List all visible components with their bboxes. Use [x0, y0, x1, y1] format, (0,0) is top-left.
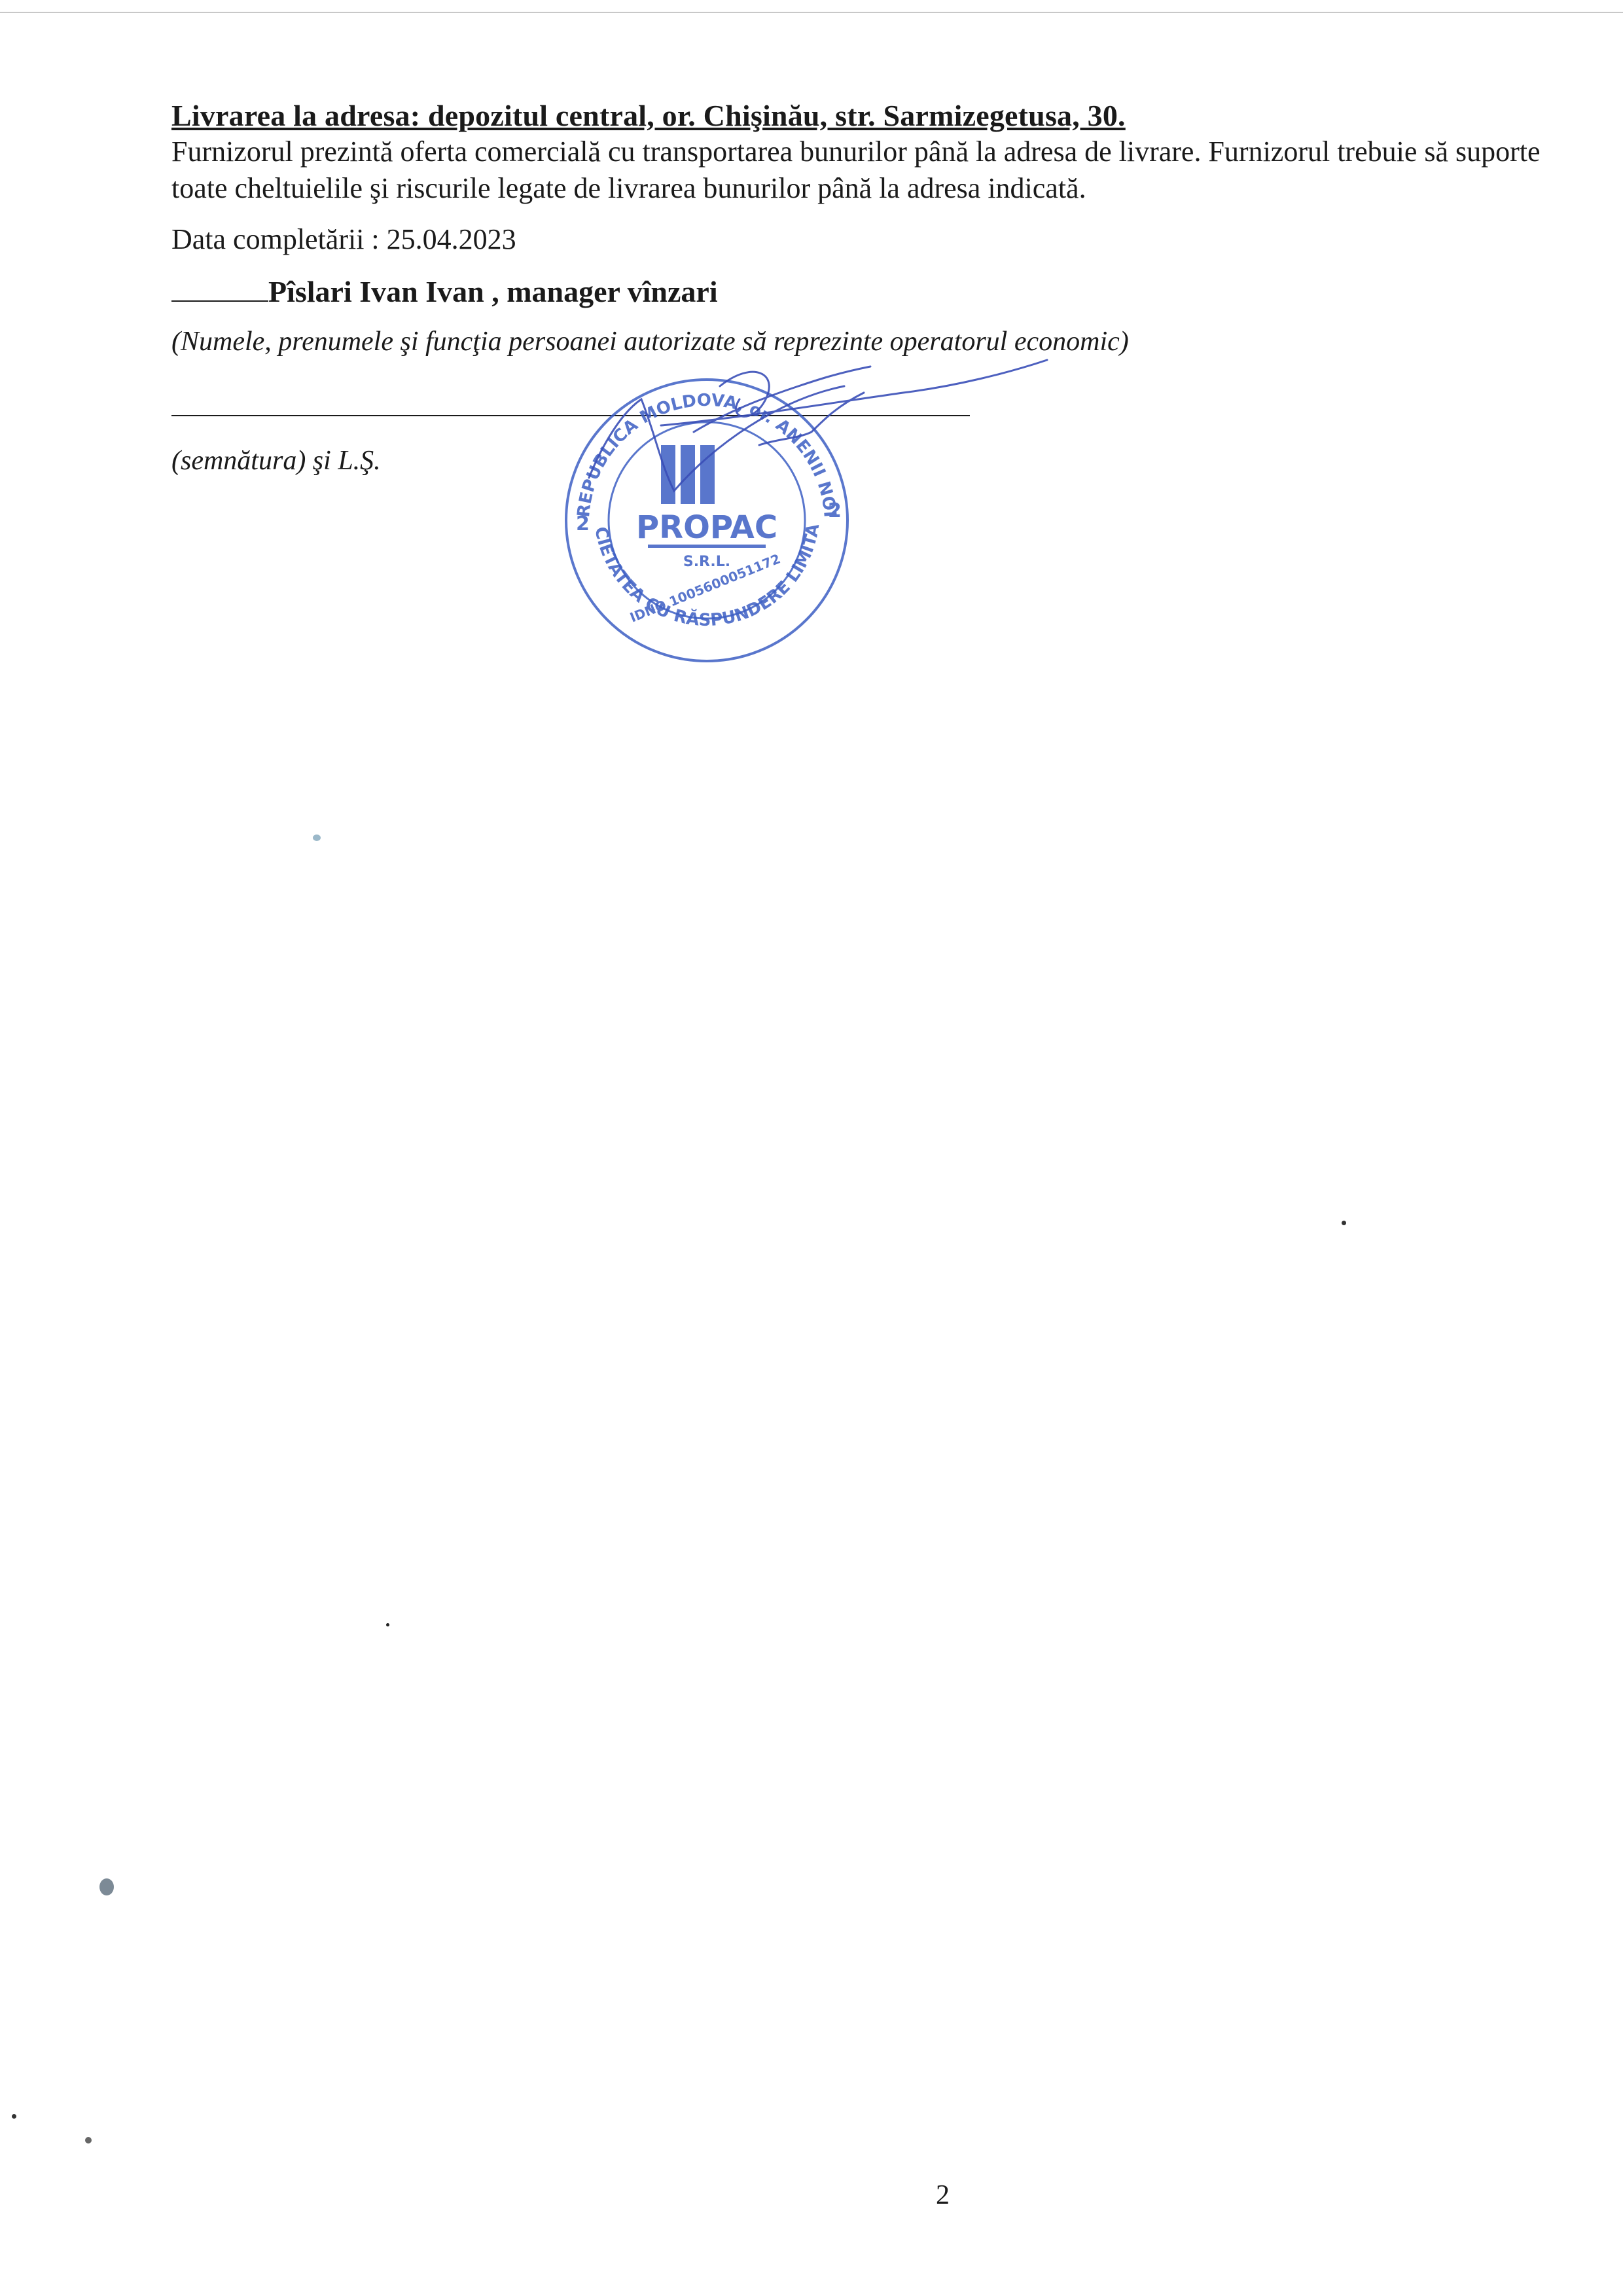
scan-top-edge	[0, 12, 1623, 13]
handwritten-signature	[563, 347, 1060, 517]
completion-date: Data completării : 25.04.2023	[171, 221, 1585, 258]
page-number: 2	[936, 2179, 950, 2211]
signer-name: Pîslari Ivan Ivan , manager vînzari	[268, 275, 718, 308]
scan-speck	[313, 834, 321, 841]
delivery-address-heading: Livrarea la adresa: depozitul central, o…	[171, 98, 1585, 134]
scan-speck	[85, 2137, 92, 2144]
delivery-terms-paragraph: Furnizorul prezintă oferta comercială cu…	[171, 134, 1585, 207]
scan-speck	[1342, 1221, 1346, 1225]
scan-speck	[12, 2114, 16, 2119]
signer-line: Pîslari Ivan Ivan , manager vînzari	[171, 274, 1585, 310]
scan-speck	[99, 1878, 114, 1895]
signer-blank-line	[171, 274, 268, 302]
scan-speck	[386, 1623, 389, 1626]
stamp-company-type: S.R.L.	[683, 554, 730, 570]
